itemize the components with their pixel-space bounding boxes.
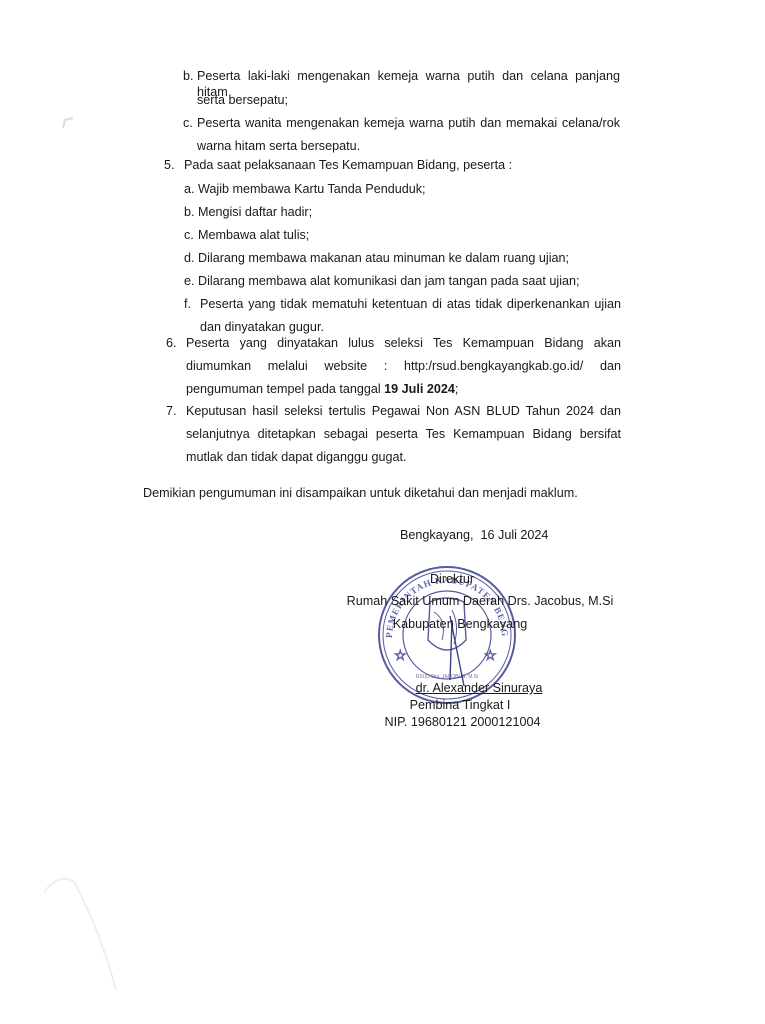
signatory-region: Kabupaten Bengkayang [330,616,590,632]
place-date: Bengkayang, 16 Juli 2024 [400,527,548,543]
item6-line2: diumumkan melalui website : http:/rsud.b… [186,358,621,374]
item5-sub-e: Dilarang membawa alat komunikasi dan jam… [198,273,580,289]
signatory-name: dr. Alexander Sinuraya [330,680,628,696]
item4-sub-c-line2: warna hitam serta bersepatu. [197,138,360,154]
list-marker: b. [183,68,194,84]
scan-artifact-curve [40,870,130,1000]
item5-sub-c: Membawa alat tulis; [198,227,309,243]
item5-text: Pada saat pelaksanaan Tes Kemampuan Bida… [184,157,512,173]
list-marker: a. [184,181,195,197]
item4-sub-b-line2: serta bersepatu; [197,92,288,108]
item6-line1: Peserta yang dinyatakan lulus seleksi Te… [186,335,621,351]
list-marker: 5. [164,157,175,173]
svg-text:☆: ☆ [484,647,497,663]
item5-sub-a: Wajib membawa Kartu Tanda Penduduk; [198,181,426,197]
list-marker: c. [183,115,193,131]
item6-line3-prefix: pengumuman tempel pada tanggal [186,382,384,396]
signatory-institution: Rumah Sakit Umum Daerah Drs. Jacobus, M.… [330,593,630,609]
signatory-rank: Pembina Tingkat I [330,697,590,713]
list-marker: d. [184,250,195,266]
list-marker: e. [184,273,195,289]
closing-statement: Demikian pengumuman ini disampaikan untu… [143,485,578,501]
item7-line1: Keputusan hasil seleksi tertulis Pegawai… [186,403,621,419]
signatory-title: Direktur [378,571,526,587]
item5-sub-f-line2: dan dinyatakan gugur. [200,319,324,335]
item6-line3-suffix: ; [455,382,459,396]
svg-text:☆: ☆ [394,647,407,663]
signatory-nip: NIP. 19680121 2000121004 [330,714,595,730]
list-marker: 7. [166,403,177,419]
item7-line3: mutlak dan tidak dapat diganggu gugat. [186,449,407,465]
item5-sub-f-line1: Peserta yang tidak mematuhi ketentuan di… [200,296,621,312]
announcement-date: 19 Juli 2024 [384,382,455,396]
scan-artifact-mark [55,108,85,138]
item4-sub-c-line1: Peserta wanita mengenakan kemeja warna p… [197,115,620,131]
list-marker: c. [184,227,194,243]
list-marker: b. [184,204,195,220]
item6-line3: pengumuman tempel pada tanggal 19 Juli 2… [186,381,458,397]
list-marker: f. [184,296,191,312]
item7-line2: selanjutnya ditetapkan sebagai peserta T… [186,426,621,442]
list-marker: 6. [166,335,177,351]
item5-sub-b: Mengisi daftar hadir; [198,204,312,220]
item5-sub-d: Dilarang membawa makanan atau minuman ke… [198,250,569,266]
